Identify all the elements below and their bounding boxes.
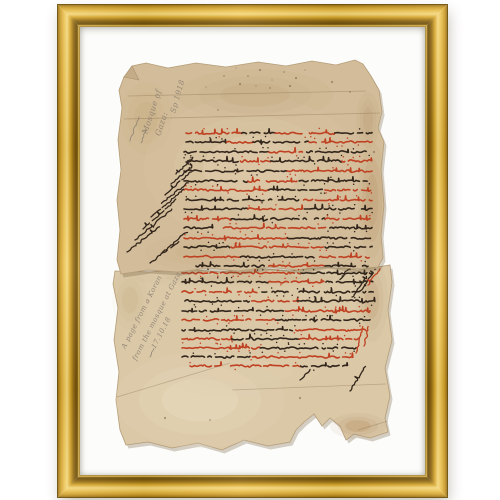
diacritic-dot (296, 155, 298, 157)
speck (217, 109, 219, 111)
diacritic-dot (267, 241, 269, 243)
diacritic-dot (309, 297, 311, 299)
diacritic-dot (369, 215, 371, 217)
diacritic-dot (359, 323, 361, 325)
diacritic-dot (295, 174, 297, 176)
diacritic-dot (271, 156, 273, 158)
diacritic-dot (233, 332, 235, 334)
diacritic-dot (332, 167, 334, 169)
diacritic-dot (354, 231, 356, 233)
diacritic-dot (328, 203, 330, 205)
diacritic-dot (209, 137, 211, 139)
diacritic-dot (337, 344, 339, 346)
diacritic-dot (221, 138, 223, 140)
diacritic-dot (238, 214, 240, 216)
diacritic-dot (203, 155, 205, 157)
diacritic-dot (326, 250, 328, 252)
diacritic-dot (229, 223, 231, 225)
speck (289, 85, 291, 87)
diacritic-dot (262, 269, 264, 271)
diacritic-dot (260, 334, 262, 336)
diacritic-dot (259, 276, 261, 278)
diacritic-dot (262, 193, 264, 195)
diacritic-dot (351, 252, 353, 254)
diacritic-dot (235, 173, 237, 175)
diacritic-dot (314, 260, 316, 262)
diacritic-dot (270, 335, 272, 337)
diacritic-dot (217, 343, 219, 345)
diacritic-dot (327, 242, 329, 244)
diacritic-dot (332, 205, 334, 207)
diacritic-dot (226, 325, 228, 327)
diacritic-dot (315, 315, 317, 317)
diacritic-dot (364, 316, 366, 318)
photo-of-framed-manuscript: Mosque ofGaza:Sp 1918A page from a Koran… (0, 0, 500, 500)
diacritic-dot (217, 323, 219, 325)
diacritic-dot (314, 163, 316, 165)
diacritic-dot (215, 137, 217, 139)
diacritic-dot (288, 344, 290, 346)
diacritic-dot (297, 296, 299, 298)
diacritic-dot (284, 350, 286, 352)
diacritic-dot (285, 233, 287, 235)
diacritic-dot (280, 284, 282, 286)
diacritic-dot (330, 176, 332, 178)
diacritic-dot (297, 157, 299, 159)
speck (223, 75, 225, 77)
diacritic-dot (207, 269, 209, 271)
diacritic-dot (339, 196, 341, 198)
diacritic-dot (228, 322, 230, 324)
diacritic-dot (211, 285, 213, 287)
diacritic-dot (235, 223, 237, 225)
diacritic-dot (200, 249, 202, 251)
diacritic-dot (190, 155, 192, 157)
diacritic-dot (212, 234, 214, 236)
diacritic-dot (256, 196, 258, 198)
diacritic-dot (227, 192, 229, 194)
diacritic-dot (248, 205, 250, 207)
diacritic-dot (305, 315, 307, 317)
diacritic-dot (260, 314, 262, 316)
diacritic-dot (298, 343, 300, 345)
diacritic-dot (298, 269, 300, 271)
diacritic-dot (289, 173, 291, 175)
diacritic-dot (273, 253, 275, 255)
diacritic-dot (332, 222, 334, 224)
diacritic-dot (319, 148, 321, 150)
diacritic-dot (328, 205, 330, 207)
diacritic-dot (267, 147, 269, 149)
diacritic-dot (238, 350, 240, 352)
speck (269, 87, 271, 89)
diacritic-dot (258, 287, 260, 289)
diacritic-dot (282, 261, 284, 263)
diacritic-dot (277, 352, 279, 354)
diacritic-dot (322, 343, 324, 345)
speck (337, 299, 338, 300)
diacritic-dot (212, 303, 214, 305)
diacritic-dot (303, 157, 305, 159)
diacritic-dot (288, 342, 290, 344)
diacritic-dot (193, 352, 195, 354)
diacritic-dot (209, 333, 211, 335)
diacritic-dot (359, 156, 361, 158)
diacritic-dot (298, 243, 300, 245)
speck (349, 91, 351, 93)
diacritic-dot (327, 230, 329, 232)
diacritic-dot (258, 243, 260, 245)
diacritic-dot (359, 325, 361, 327)
diacritic-dot (227, 350, 229, 352)
diacritic-dot (354, 204, 356, 206)
diacritic-dot (320, 192, 322, 194)
diacritic-dot (262, 147, 264, 149)
diacritic-dot (350, 353, 352, 355)
diacritic-dot (254, 333, 256, 335)
diacritic-dot (355, 285, 357, 287)
diacritic-dot (371, 212, 373, 214)
diacritic-dot (190, 186, 192, 188)
diacritic-dot (183, 157, 185, 159)
diacritic-dot (251, 174, 253, 176)
diacritic-dot (266, 306, 268, 308)
diacritic-dot (194, 288, 196, 290)
diacritic-dot (219, 242, 221, 244)
diacritic-dot (349, 268, 351, 270)
speck (373, 151, 375, 153)
diacritic-dot (304, 343, 306, 345)
diacritic-dot (216, 297, 218, 299)
diacritic-dot (266, 332, 268, 334)
script-stroke (335, 133, 372, 134)
diacritic-dot (250, 359, 252, 361)
diacritic-dot (295, 196, 297, 198)
diacritic-dot (368, 155, 370, 157)
diacritic-dot (353, 183, 355, 185)
diacritic-dot (325, 192, 327, 194)
diacritic-dot (298, 215, 300, 217)
diacritic-dot (277, 322, 279, 324)
diacritic-dot (195, 196, 197, 198)
diacritic-dot (277, 196, 279, 198)
diacritic-dot (294, 332, 296, 334)
diacritic-dot (227, 128, 229, 130)
diacritic-dot (276, 295, 278, 297)
speck (235, 67, 236, 68)
manuscript-artwork (0, 0, 500, 500)
diacritic-dot (330, 287, 332, 289)
diacritic-dot (240, 231, 242, 233)
diacritic-dot (284, 278, 286, 280)
speck (205, 86, 206, 87)
diacritic-dot (364, 261, 366, 263)
diacritic-dot (251, 231, 253, 233)
diacritic-dot (333, 350, 335, 352)
stain (365, 281, 379, 319)
diacritic-dot (218, 136, 220, 138)
diacritic-dot (289, 262, 291, 264)
diacritic-dot (347, 164, 349, 166)
diacritic-dot (245, 234, 247, 236)
diacritic-dot (287, 243, 289, 245)
diacritic-dot (205, 294, 207, 296)
diacritic-dot (264, 215, 266, 217)
stain (122, 287, 138, 314)
diacritic-dot (353, 148, 355, 150)
diacritic-dot (234, 148, 236, 150)
diacritic-dot (231, 277, 233, 279)
diacritic-dot (332, 242, 334, 244)
diacritic-dot (319, 249, 321, 251)
diacritic-dot (291, 253, 293, 255)
diacritic-dot (291, 295, 293, 297)
diacritic-dot (221, 304, 223, 306)
diacritic-dot (224, 167, 226, 169)
diacritic-dot (294, 325, 296, 327)
speck (209, 419, 211, 421)
diacritic-dot (195, 306, 197, 308)
diacritic-dot (257, 269, 259, 271)
diacritic-dot (356, 195, 358, 197)
speck (304, 69, 305, 70)
diacritic-dot (217, 164, 219, 166)
diacritic-dot (267, 297, 269, 299)
diacritic-dot (268, 259, 270, 261)
diacritic-dot (313, 369, 315, 371)
diacritic-dot (261, 202, 263, 204)
speck (295, 77, 297, 79)
diacritic-dot (317, 223, 319, 225)
diacritic-dot (242, 315, 244, 317)
diacritic-dot (248, 350, 250, 352)
speck (255, 85, 256, 86)
diacritic-dot (234, 315, 236, 317)
diacritic-dot (327, 215, 329, 217)
diacritic-dot (212, 185, 214, 187)
diacritic-dot (277, 269, 279, 271)
diacritic-dot (195, 184, 197, 186)
diacritic-dot (324, 183, 326, 185)
diacritic-dot (358, 144, 360, 146)
diacritic-dot (271, 287, 273, 289)
diacritic-dot (252, 137, 254, 139)
diacritic-dot (222, 242, 224, 244)
diacritic-dot (208, 242, 210, 244)
diacritic-dot (185, 211, 187, 213)
diacritic-dot (310, 136, 312, 138)
diacritic-dot (296, 277, 298, 279)
diacritic-dot (325, 306, 327, 308)
speck (164, 417, 166, 419)
diacritic-dot (359, 306, 361, 308)
stain (220, 83, 290, 106)
speck (271, 79, 272, 80)
speck (283, 71, 285, 73)
diacritic-dot (185, 154, 187, 156)
diacritic-dot (238, 307, 240, 309)
diacritic-dot (335, 306, 337, 308)
diacritic-dot (371, 304, 373, 306)
diacritic-dot (341, 145, 343, 147)
diacritic-dot (206, 316, 208, 318)
diacritic-dot (200, 276, 202, 278)
diacritic-dot (217, 277, 219, 279)
diacritic-dot (200, 277, 202, 279)
diacritic-dot (237, 276, 239, 278)
diacritic-dot (186, 196, 188, 198)
diacritic-dot (234, 369, 236, 371)
diacritic-dot (275, 204, 277, 206)
diacritic-dot (190, 157, 192, 159)
diacritic-dot (189, 362, 191, 364)
diacritic-dot (200, 342, 202, 344)
diacritic-dot (282, 315, 284, 317)
diacritic-dot (292, 314, 294, 316)
diacritic-dot (215, 343, 217, 345)
diacritic-dot (361, 260, 363, 262)
diacritic-dot (353, 250, 355, 252)
stain (345, 420, 370, 432)
diacritic-dot (194, 304, 196, 306)
diacritic-dot (325, 147, 327, 149)
diacritic-dot (319, 128, 321, 130)
diacritic-dot (295, 362, 297, 364)
diacritic-dot (312, 285, 314, 287)
diacritic-dot (324, 192, 326, 194)
speck (299, 397, 301, 399)
diacritic-dot (207, 231, 209, 233)
diacritic-dot (352, 157, 354, 159)
diacritic-dot (353, 351, 355, 353)
diacritic-dot (247, 259, 249, 261)
diacritic-dot (344, 335, 346, 337)
diacritic-dot (339, 212, 341, 214)
diacritic-dot (246, 193, 248, 195)
diacritic-dot (203, 128, 205, 130)
diacritic-dot (299, 352, 301, 354)
diacritic-dot (347, 137, 349, 139)
diacritic-dot (354, 297, 356, 299)
diacritic-dot (236, 242, 238, 244)
diacritic-dot (336, 295, 338, 297)
diacritic-dot (265, 136, 267, 138)
speck (259, 69, 261, 71)
diacritic-dot (214, 353, 216, 355)
diacritic-dot (301, 334, 303, 336)
diacritic-dot (249, 295, 251, 297)
diacritic-dot (197, 231, 199, 233)
diacritic-dot (217, 275, 219, 277)
diacritic-dot (258, 164, 260, 166)
diacritic-dot (327, 315, 329, 317)
diacritic-dot (220, 344, 222, 346)
diacritic-dot (259, 260, 261, 262)
speck (247, 75, 249, 77)
speck (331, 81, 333, 83)
diacritic-dot (304, 136, 306, 138)
diacritic-dot (359, 297, 361, 299)
diacritic-dot (359, 128, 361, 130)
diacritic-dot (262, 352, 264, 354)
diacritic-dot (238, 294, 240, 296)
stain (363, 107, 374, 132)
diacritic-dot (256, 174, 258, 176)
diacritic-dot (336, 145, 338, 147)
diacritic-dot (272, 222, 274, 224)
diacritic-dot (287, 176, 289, 178)
diacritic-dot (231, 341, 233, 343)
diacritic-dot (232, 276, 234, 278)
diacritic-dot (249, 352, 251, 354)
diacritic-dot (283, 295, 285, 297)
diacritic-dot (213, 157, 215, 159)
diacritic-dot (248, 275, 250, 277)
diacritic-dot (308, 242, 310, 244)
diacritic-dot (349, 242, 351, 244)
diacritic-dot (182, 342, 184, 344)
diacritic-dot (369, 183, 371, 185)
diacritic-dot (235, 164, 237, 166)
diacritic-dot (314, 138, 316, 140)
diacritic-dot (366, 231, 368, 233)
diacritic-dot (297, 288, 299, 290)
diacritic-dot (331, 315, 333, 317)
diacritic-dot (267, 157, 269, 159)
diacritic-dot (260, 344, 262, 346)
diacritic-dot (276, 342, 278, 344)
diacritic-dot (266, 323, 268, 325)
diacritic-dot (343, 156, 345, 158)
diacritic-dot (306, 212, 308, 214)
diacritic-dot (191, 212, 193, 214)
diacritic-dot (213, 249, 215, 251)
diacritic-dot (352, 276, 354, 278)
diacritic-dot (241, 156, 243, 158)
diacritic-dot (201, 233, 203, 235)
diacritic-dot (371, 192, 373, 194)
diacritic-dot (283, 335, 285, 337)
diacritic-dot (216, 185, 218, 187)
diacritic-dot (233, 259, 235, 261)
diacritic-dot (217, 184, 219, 186)
diacritic-dot (341, 155, 343, 157)
diacritic-dot (345, 352, 347, 354)
speck (239, 83, 241, 85)
diacritic-dot (303, 184, 305, 186)
diacritic-dot (314, 296, 316, 298)
